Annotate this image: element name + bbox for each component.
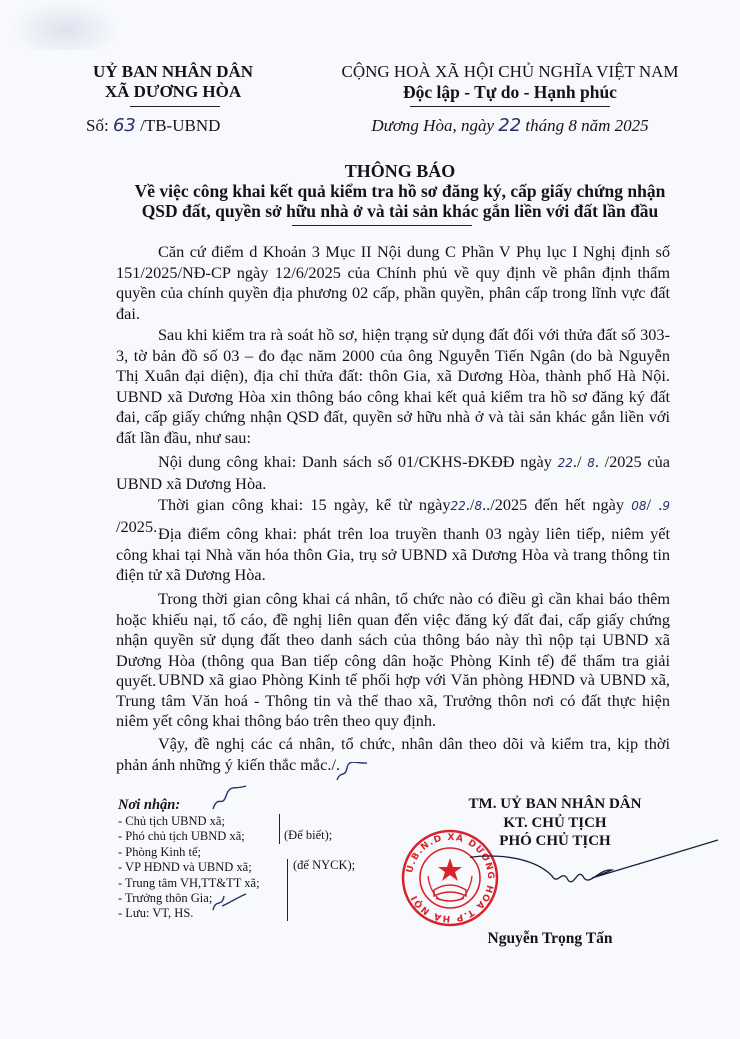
document-page: UỶ BAN NHÂN DÂN XÃ DƯƠNG HÒA Số: 63 /TB-… (0, 0, 740, 1039)
place-date: Dương Hòa, ngày 22 tháng 8 năm 2025 (310, 115, 710, 136)
organization-line-2: XÃ DƯƠNG HÒA (78, 82, 268, 102)
paragraph-request: Vậy, đề nghị các cá nhân, tổ chức, nhân … (116, 734, 670, 775)
national-motto: Độc lập - Tự do - Hạnh phúc (310, 82, 710, 102)
document-number: Số: 63 /TB-UBND (86, 115, 220, 136)
paragraph-inspection: Sau khi kiểm tra rà soát hồ sơ, hiện trạ… (116, 325, 670, 448)
recipient-item: - Phó chủ tịch UBND xã; (118, 829, 398, 844)
document-title: THÔNG BÁO (60, 161, 740, 182)
handwritten-signature-icon (470, 838, 720, 898)
recipients-note-2: (để NYCK); (293, 858, 355, 873)
organization-line-1: UỶ BAN NHÂN DÂN (78, 62, 268, 82)
motto-underline (410, 106, 610, 107)
recipients-block: Nơi nhận: - Chủ tịch UBND xã; - Phó chủ … (118, 796, 398, 922)
signatory-name: Nguyễn Trọng Tấn (430, 930, 670, 948)
recipients-bracket-1 (279, 814, 280, 844)
organization-underline (130, 106, 220, 107)
recipient-item: - VP HĐND và UBND xã; (118, 860, 398, 875)
title-underline (292, 225, 472, 226)
recipient-item: - Trung tâm VH,TT&TT xã; (118, 876, 398, 891)
recipients-note-1: (Để biết); (284, 828, 332, 843)
scan-smudge (10, 0, 120, 50)
recipients-heading: Nơi nhận: (118, 796, 398, 814)
issuing-organization: UỶ BAN NHÂN DÂN XÃ DƯƠNG HÒA (78, 62, 268, 102)
paragraph-content: Nội dung công khai: Danh sách số 01/CKHS… (116, 452, 670, 494)
recipient-item: - Lưu: VT, HS. (118, 906, 398, 921)
initials-mark-icon (210, 784, 250, 814)
doc-number-handwritten: 63 (113, 115, 136, 136)
initials-mark-icon (210, 888, 250, 916)
date-day-handwritten: 22 (498, 115, 521, 136)
paragraph-legal-basis: Căn cứ điểm d Khoản 3 Mục II Nội dung C … (116, 242, 670, 324)
document-subtitle: Về việc công khai kết quả kiểm tra hồ sơ… (60, 181, 740, 221)
paragraph-location: Địa điểm công khai: phát trên loa truyền… (116, 524, 670, 586)
recipients-bracket-2 (287, 859, 288, 921)
paragraph-assignment: UBND xã giao Phòng Kinh tế phối hợp với … (116, 670, 670, 732)
recipient-item: - Phòng Kinh tế; (118, 845, 398, 860)
initials-mark-icon (335, 762, 369, 784)
recipient-item: - Chủ tịch UBND xã; (118, 814, 398, 829)
recipient-item: - Trưởng thôn Gia; (118, 891, 398, 906)
nation-name: CỘNG HOÀ XÃ HỘI CHỦ NGHĨA VIỆT NAM (310, 62, 710, 82)
national-heading: CỘNG HOÀ XÃ HỘI CHỦ NGHĨA VIỆT NAM Độc l… (310, 62, 710, 102)
